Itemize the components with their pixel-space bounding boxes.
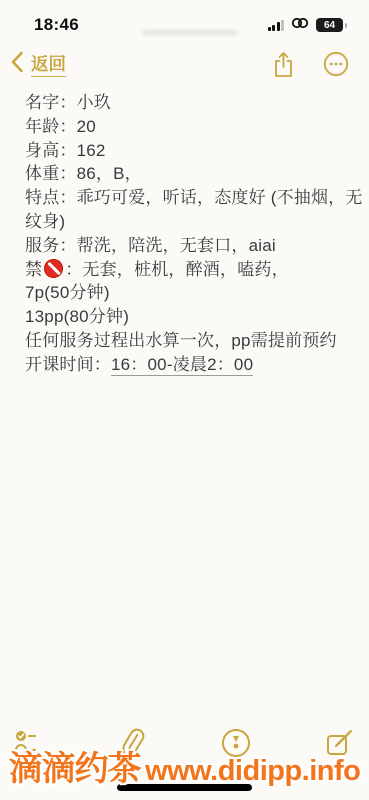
- notch-shadow: [142, 29, 238, 36]
- nav-bar: 返回: [0, 44, 369, 84]
- watermark-url: www.didipp.info: [145, 755, 360, 787]
- status-bar: 18:46 64: [0, 0, 369, 44]
- cellular-signal-icon: [268, 20, 285, 31]
- note-line-age: 年龄：20: [25, 115, 353, 139]
- watermark: 滴滴约茶 www.didipp.info: [0, 741, 369, 790]
- note-line-price-1: 7p(50分钟): [25, 281, 353, 305]
- prohibited-items: ：无套，桩机，醉酒，嗑药，: [65, 260, 289, 279]
- status-icons: 64: [268, 16, 344, 35]
- hotspot-icon: [290, 16, 310, 35]
- note-line-price-2: 13pp(80分钟): [25, 305, 353, 329]
- nav-actions: [272, 51, 349, 78]
- note-line-services: 服务：帮洗，陪洗，无套口，aiai: [25, 234, 353, 258]
- note-line-traits-wrap: 纹身): [25, 210, 353, 234]
- more-options-icon[interactable]: [323, 51, 349, 77]
- note-line-policy: 任何服务过程出水算一次，pp需提前预约: [25, 329, 353, 353]
- note-line-prohibited: 禁：无套，桩机，醉酒，嗑药，: [25, 258, 353, 282]
- chevron-left-icon: [10, 51, 24, 78]
- note-line-height: 身高：162: [25, 139, 353, 163]
- note-content[interactable]: 名字：小玖 年龄：20 身高：162 体重：86，B， 特点：乖巧可爱，听话，态…: [25, 91, 353, 377]
- back-label: 返回: [31, 51, 66, 77]
- share-icon[interactable]: [272, 51, 295, 78]
- note-line-weight: 体重：86，B，: [25, 162, 353, 186]
- battery-icon: 64: [316, 18, 343, 32]
- schedule-label: 开课时间：: [25, 355, 111, 374]
- prohibited-prefix: 禁: [25, 260, 42, 279]
- status-time: 18:46: [34, 15, 79, 35]
- note-line-schedule: 开课时间：16：00-凌晨2：00: [25, 353, 353, 377]
- note-line-name: 名字：小玖: [25, 91, 353, 115]
- note-line-traits: 特点：乖巧可爱，听话，态度好 (不抽烟，无: [25, 186, 353, 210]
- watermark-brand: 滴滴约茶: [9, 750, 141, 788]
- schedule-time-link[interactable]: 16：00-凌晨2：00: [111, 355, 253, 376]
- notes-app-screen: 18:46 64 返回: [0, 0, 369, 800]
- no-entry-icon: [44, 259, 63, 278]
- back-button[interactable]: 返回: [10, 51, 66, 78]
